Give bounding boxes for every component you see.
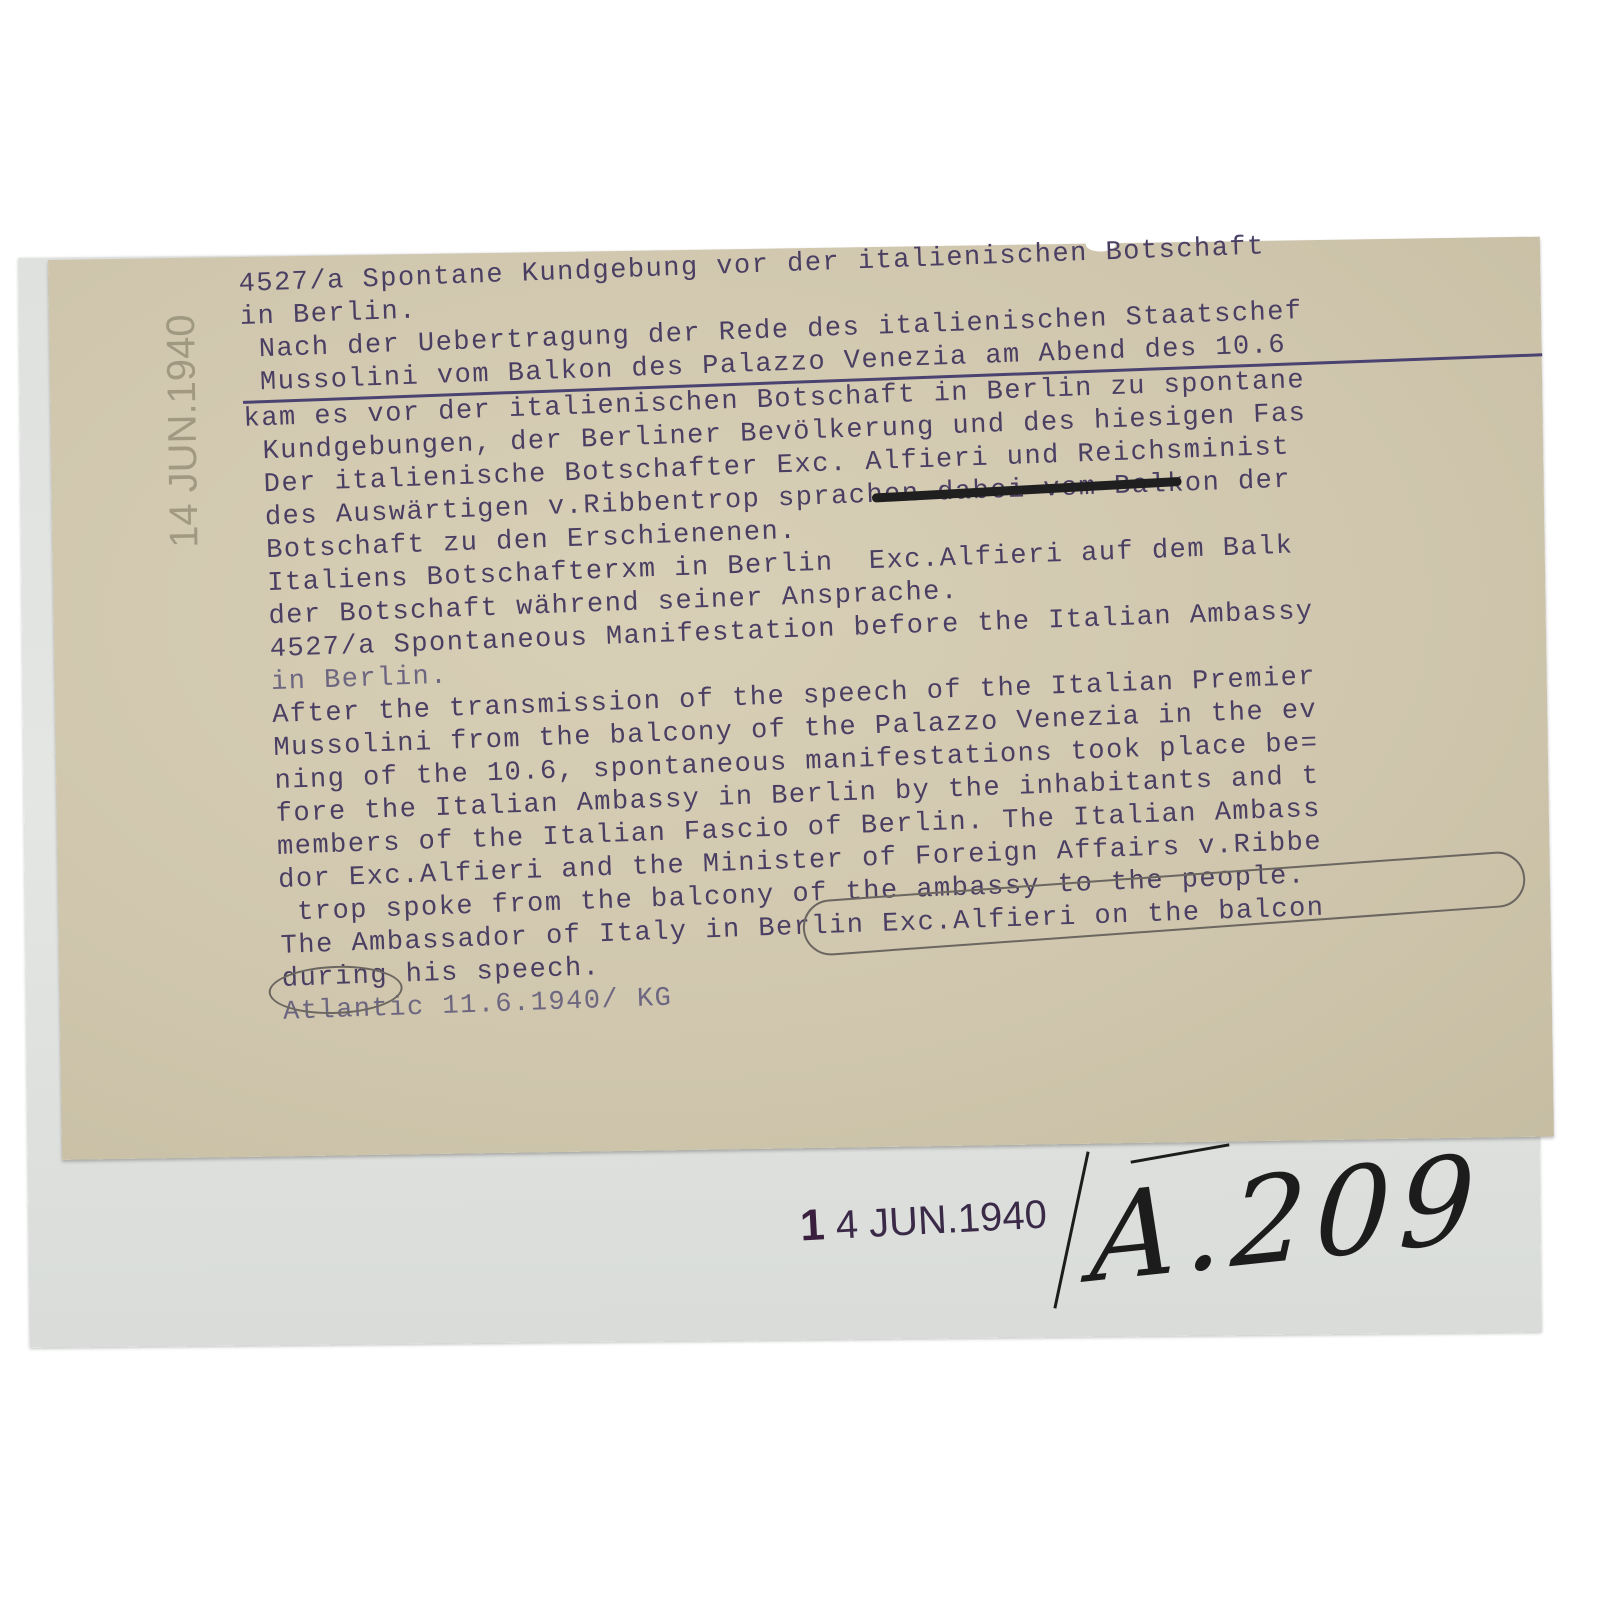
- caption-card: 14 JUN.1940 4527/a Spontane Kundgebung v…: [48, 237, 1554, 1160]
- date-stamp-digit: 1: [799, 1200, 826, 1250]
- side-date-stamp: 14 JUN.1940: [159, 314, 208, 548]
- date-stamp-text: 4 JUN.1940: [835, 1193, 1048, 1248]
- caption-text: 4527/a Spontane Kundgebung vor der itali…: [238, 221, 1565, 1030]
